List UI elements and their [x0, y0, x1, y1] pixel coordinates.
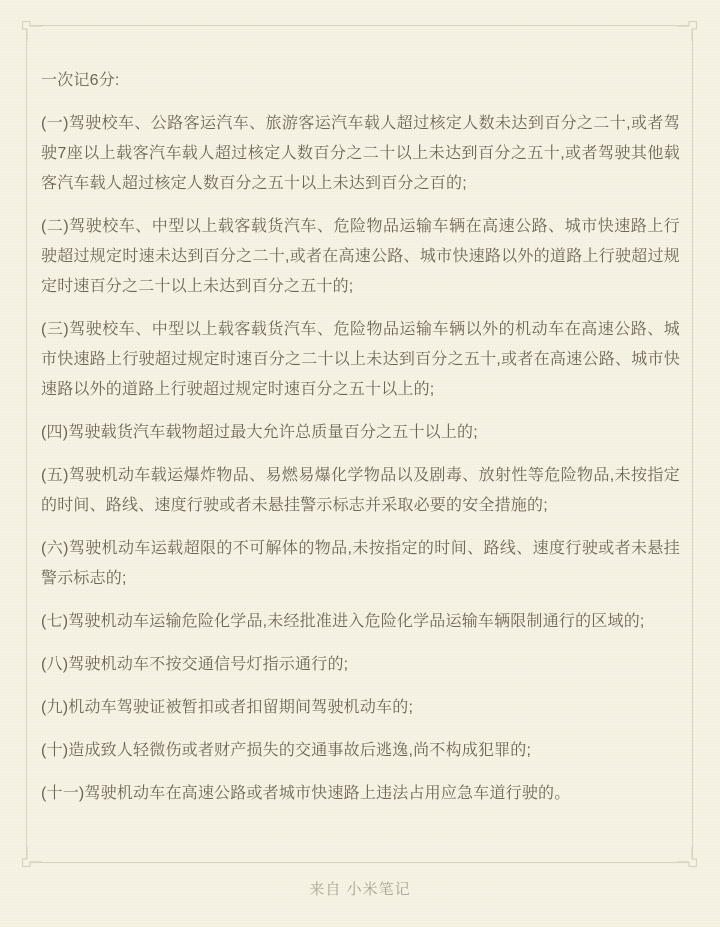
rule-item: (四)驾驶载货汽车载物超过最大允许总质量百分之五十以上的; — [41, 418, 680, 448]
rule-item: (二)驾驶校车、中型以上载客载货汽车、危险物品运输车辆在高速公路、城市快速路上行… — [41, 212, 680, 302]
rule-list: (一)驾驶校车、公路客运汽车、旅游客运汽车载人超过核定人数未达到百分之二十,或者… — [41, 109, 680, 809]
rule-item: (一)驾驶校车、公路客运汽车、旅游客运汽车载人超过核定人数未达到百分之二十,或者… — [41, 109, 680, 199]
corner-ornament-top-right-icon — [677, 19, 699, 41]
rule-item: (七)驾驶机动车运输危险化学品,未经批准进入危险化学品运输车辆限制通行的区域的; — [41, 607, 680, 637]
rule-item: (六)驾驶机动车运载超限的不可解体的物品,未按指定的时间、路线、速度行驶或者未悬… — [41, 534, 680, 594]
footer-attribution: 来自 小米笔记 — [0, 879, 720, 901]
note-title: 一次记6分: — [41, 66, 680, 96]
rule-item: (十)造成致人轻微伤或者财产损失的交通事故后逃逸,尚不构成犯罪的; — [41, 736, 680, 766]
rule-item: (十一)驾驶机动车在高速公路或者城市快速路上违法占用应急车道行驶的。 — [41, 779, 680, 809]
note-content: 一次记6分: (一)驾驶校车、公路客运汽车、旅游客运汽车载人超过核定人数未达到百… — [41, 66, 680, 809]
corner-ornament-bottom-right-icon — [677, 847, 699, 869]
rule-item: (九)机动车驾驶证被暂扣或者扣留期间驾驶机动车的; — [41, 693, 680, 723]
rule-item: (五)驾驶机动车载运爆炸物品、易燃易爆化学物品以及剧毒、放射性等危险物品,未按指… — [41, 461, 680, 521]
corner-ornament-top-left-icon — [20, 19, 42, 41]
corner-ornament-bottom-left-icon — [20, 847, 42, 869]
rule-item: (三)驾驶校车、中型以上载客载货汽车、危险物品运输车辆以外的机动车在高速公路、城… — [41, 315, 680, 405]
note-share-page: { "note": { "title": "一次记6分:", "items": … — [0, 0, 720, 927]
rule-item: (八)驾驶机动车不按交通信号灯指示通行的; — [41, 650, 680, 680]
